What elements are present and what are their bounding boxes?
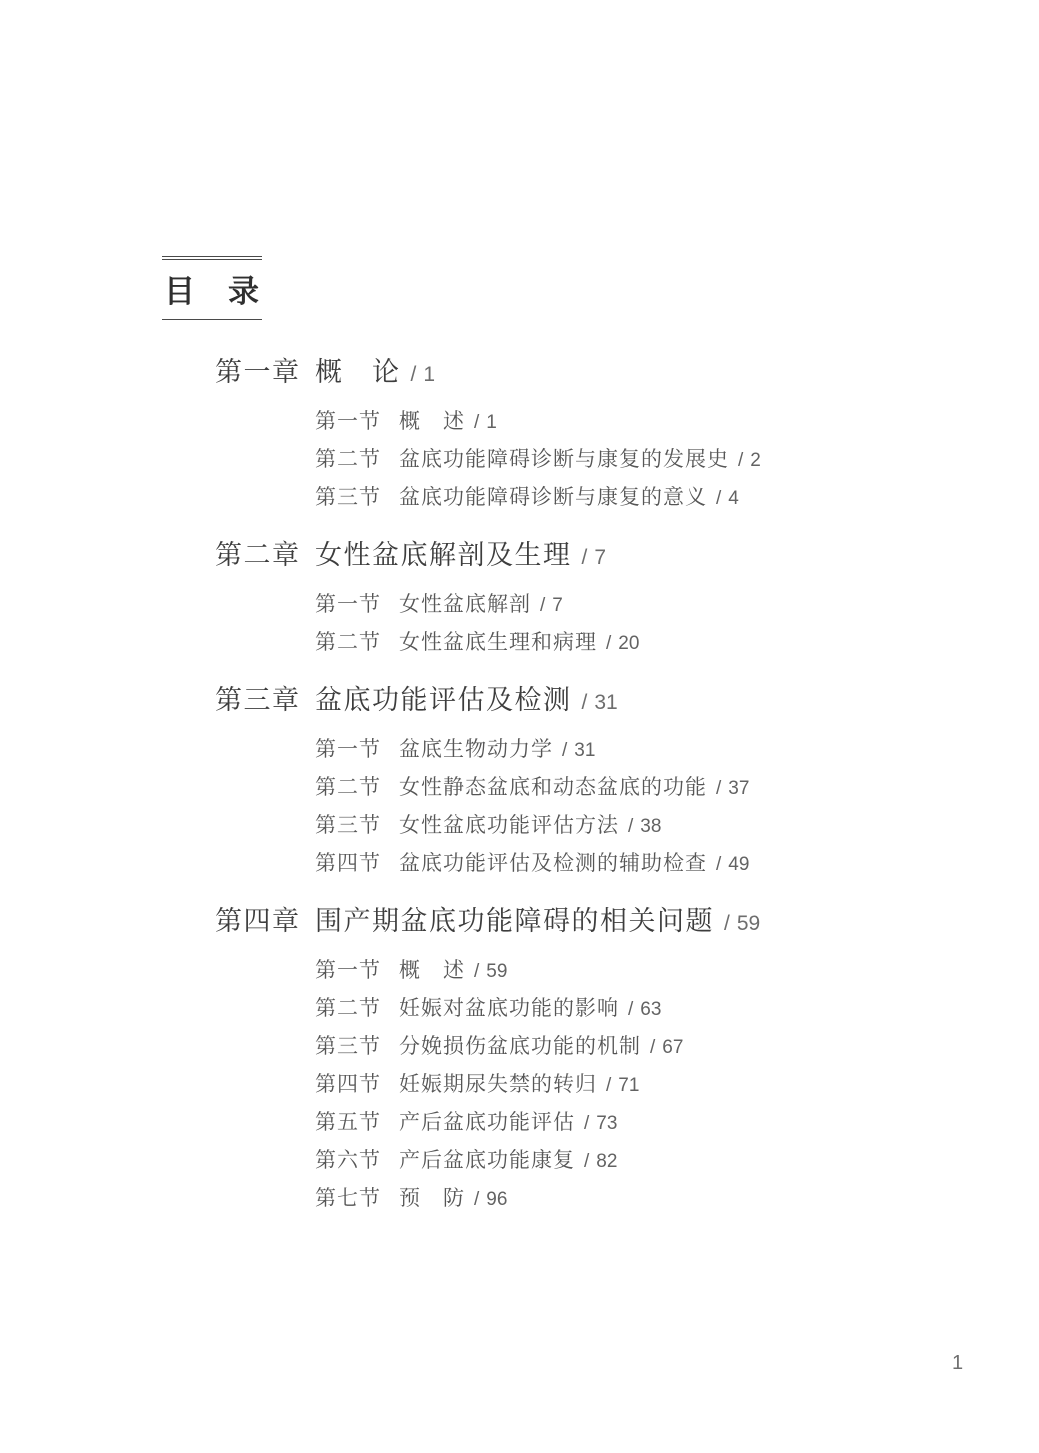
- section-page-number: 71: [618, 1075, 639, 1096]
- section-list: 第一节 概 述 /59 第二节 妊娠对盆底功能的影响 /63 第三节 分娩损伤盆…: [215, 959, 935, 1211]
- chapter-title: 概 论: [315, 357, 401, 387]
- section-label: 第六节: [315, 1149, 399, 1172]
- chapter-label: 第一章: [215, 357, 315, 387]
- toc-section-row: 第二节 盆底功能障碍诊断与康复的发展史 /2: [315, 448, 935, 472]
- chapter-page-ref: /7: [582, 543, 607, 573]
- section-page-number: 59: [486, 961, 507, 982]
- chapter-title: 围产期盆底功能障碍的相关问题: [315, 906, 714, 936]
- section-page-number: 73: [596, 1113, 617, 1134]
- toc-chapter: 第一章 概 论 /1 第一节 概 述 /1 第二节 盆底功能障碍诊断与康复的发展…: [215, 357, 935, 510]
- section-label: 第二节: [315, 776, 399, 799]
- chapter-title: 女性盆底解剖及生理: [315, 540, 572, 570]
- toc-section-row: 第三节 女性盆底功能评估方法 /38: [315, 814, 935, 838]
- section-label: 第三节: [315, 814, 399, 837]
- slash-separator: /: [411, 363, 417, 386]
- section-label: 第五节: [315, 1111, 399, 1134]
- toc-section-row: 第一节 盆底生物动力学 /31: [315, 738, 935, 762]
- section-label: 第三节: [315, 486, 399, 509]
- toc-section-row: 第四节 妊娠期尿失禁的转归 /71: [315, 1073, 935, 1097]
- slash-separator: /: [582, 691, 588, 714]
- section-label: 第四节: [315, 1073, 399, 1096]
- slash-separator: /: [724, 912, 730, 935]
- section-title: 女性盆底解剖: [399, 593, 531, 616]
- section-page-ref: /49: [716, 853, 749, 876]
- toc-chapter: 第二章 女性盆底解剖及生理 /7 第一节 女性盆底解剖 /7 第二节 女性盆底生…: [215, 540, 935, 655]
- section-title: 产后盆底功能康复: [399, 1149, 575, 1172]
- chapter-heading: 第三章 盆底功能评估及检测 /31: [215, 685, 935, 718]
- chapter-label: 第四章: [215, 906, 315, 936]
- section-title: 女性静态盆底和动态盆底的功能: [399, 776, 707, 799]
- slash-separator: /: [628, 816, 633, 837]
- slash-separator: /: [738, 450, 743, 471]
- toc-section-row: 第三节 分娩损伤盆底功能的机制 /67: [315, 1035, 935, 1059]
- section-page-ref: /38: [628, 815, 661, 838]
- slash-separator: /: [582, 546, 588, 569]
- section-label: 第七节: [315, 1187, 399, 1210]
- section-page-number: 4: [728, 488, 739, 509]
- chapter-page-ref: /31: [582, 688, 618, 718]
- toc-section-row: 第一节 女性盆底解剖 /7: [315, 593, 935, 617]
- section-title: 预 防: [399, 1187, 465, 1210]
- toc-section-row: 第二节 女性静态盆底和动态盆底的功能 /37: [315, 776, 935, 800]
- page-title: 目 录: [162, 256, 262, 320]
- slash-separator: /: [474, 961, 479, 982]
- slash-separator: /: [716, 854, 721, 875]
- toc-section-row: 第一节 概 述 /1: [315, 410, 935, 434]
- chapter-page-ref: /1: [411, 360, 436, 390]
- section-page-number: 7: [552, 595, 563, 616]
- chapter-page-number: 59: [737, 912, 760, 935]
- toc-section-row: 第二节 女性盆底生理和病理 /20: [315, 631, 935, 655]
- slash-separator: /: [540, 595, 545, 616]
- section-page-ref: /31: [562, 739, 595, 762]
- slash-separator: /: [606, 633, 611, 654]
- chapter-label: 第三章: [215, 685, 315, 715]
- chapter-page-ref: /59: [724, 909, 760, 939]
- toc-section-row: 第二节 妊娠对盆底功能的影响 /63: [315, 997, 935, 1021]
- section-list: 第一节 概 述 /1 第二节 盆底功能障碍诊断与康复的发展史 /2 第三节 盆底…: [215, 410, 935, 510]
- section-page-number: 63: [640, 999, 661, 1020]
- section-page-number: 20: [618, 633, 639, 654]
- toc-section-row: 第七节 预 防 /96: [315, 1187, 935, 1211]
- section-title: 盆底功能障碍诊断与康复的发展史: [399, 448, 729, 471]
- section-title: 分娩损伤盆底功能的机制: [399, 1035, 641, 1058]
- section-title: 产后盆底功能评估: [399, 1111, 575, 1134]
- section-label: 第四节: [315, 852, 399, 875]
- section-label: 第二节: [315, 997, 399, 1020]
- section-page-number: 82: [596, 1151, 617, 1172]
- section-page-number: 2: [750, 450, 761, 471]
- section-page-ref: /37: [716, 777, 749, 800]
- chapter-heading: 第四章 围产期盆底功能障碍的相关问题 /59: [215, 906, 935, 939]
- section-label: 第一节: [315, 738, 399, 761]
- toc-list: 第一章 概 论 /1 第一节 概 述 /1 第二节 盆底功能障碍诊断与康复的发展…: [215, 357, 935, 1241]
- section-page-number: 37: [728, 778, 749, 799]
- section-page-ref: /67: [650, 1036, 683, 1059]
- toc-page: 目 录 第一章 概 论 /1 第一节 概 述 /1 第二节 盆底功能障碍诊断与康…: [0, 0, 1039, 1453]
- section-page-ref: /73: [584, 1112, 617, 1135]
- slash-separator: /: [606, 1075, 611, 1096]
- toc-section-row: 第五节 产后盆底功能评估 /73: [315, 1111, 935, 1135]
- slash-separator: /: [584, 1151, 589, 1172]
- toc-chapter: 第三章 盆底功能评估及检测 /31 第一节 盆底生物动力学 /31 第二节 女性…: [215, 685, 935, 876]
- toc-section-row: 第四节 盆底功能评估及检测的辅助检查 /49: [315, 852, 935, 876]
- section-page-ref: /2: [738, 449, 761, 472]
- slash-separator: /: [584, 1113, 589, 1134]
- section-list: 第一节 女性盆底解剖 /7 第二节 女性盆底生理和病理 /20: [215, 593, 935, 655]
- section-label: 第三节: [315, 1035, 399, 1058]
- section-title: 盆底功能评估及检测的辅助检查: [399, 852, 707, 875]
- section-page-number: 96: [486, 1189, 507, 1210]
- section-page-ref: /96: [474, 1188, 507, 1211]
- section-page-number: 49: [728, 854, 749, 875]
- chapter-heading: 第二章 女性盆底解剖及生理 /7: [215, 540, 935, 573]
- chapter-label: 第二章: [215, 540, 315, 570]
- slash-separator: /: [650, 1037, 655, 1058]
- section-label: 第一节: [315, 410, 399, 433]
- section-page-number: 31: [574, 740, 595, 761]
- chapter-page-number: 7: [594, 546, 606, 569]
- chapter-page-number: 1: [423, 363, 435, 386]
- toc-chapter: 第四章 围产期盆底功能障碍的相关问题 /59 第一节 概 述 /59 第二节 妊…: [215, 906, 935, 1211]
- section-label: 第一节: [315, 959, 399, 982]
- section-title: 妊娠期尿失禁的转归: [399, 1073, 597, 1096]
- slash-separator: /: [474, 1189, 479, 1210]
- slash-separator: /: [474, 412, 479, 433]
- chapter-page-number: 31: [594, 691, 617, 714]
- chapter-heading: 第一章 概 论 /1: [215, 357, 935, 390]
- toc-section-row: 第六节 产后盆底功能康复 /82: [315, 1149, 935, 1173]
- section-page-ref: /7: [540, 594, 563, 617]
- page-number: 1: [952, 1352, 963, 1375]
- slash-separator: /: [716, 488, 721, 509]
- section-title: 女性盆底功能评估方法: [399, 814, 619, 837]
- section-title: 概 述: [399, 959, 465, 982]
- toc-section-row: 第三节 盆底功能障碍诊断与康复的意义 /4: [315, 486, 935, 510]
- section-page-ref: /20: [606, 632, 639, 655]
- section-page-ref: /63: [628, 998, 661, 1021]
- section-page-ref: /1: [474, 411, 497, 434]
- section-label: 第二节: [315, 448, 399, 471]
- section-title: 盆底功能障碍诊断与康复的意义: [399, 486, 707, 509]
- section-page-ref: /71: [606, 1074, 639, 1097]
- section-page-number: 38: [640, 816, 661, 837]
- section-page-ref: /82: [584, 1150, 617, 1173]
- slash-separator: /: [716, 778, 721, 799]
- section-label: 第二节: [315, 631, 399, 654]
- section-page-ref: /4: [716, 487, 739, 510]
- section-title: 女性盆底生理和病理: [399, 631, 597, 654]
- toc-section-row: 第一节 概 述 /59: [315, 959, 935, 983]
- section-page-number: 1: [486, 412, 497, 433]
- section-page-number: 67: [662, 1037, 683, 1058]
- section-list: 第一节 盆底生物动力学 /31 第二节 女性静态盆底和动态盆底的功能 /37 第…: [215, 738, 935, 876]
- section-title: 盆底生物动力学: [399, 738, 553, 761]
- section-label: 第一节: [315, 593, 399, 616]
- section-title: 妊娠对盆底功能的影响: [399, 997, 619, 1020]
- section-title: 概 述: [399, 410, 465, 433]
- slash-separator: /: [628, 999, 633, 1020]
- section-page-ref: /59: [474, 960, 507, 983]
- chapter-title: 盆底功能评估及检测: [315, 685, 572, 715]
- slash-separator: /: [562, 740, 567, 761]
